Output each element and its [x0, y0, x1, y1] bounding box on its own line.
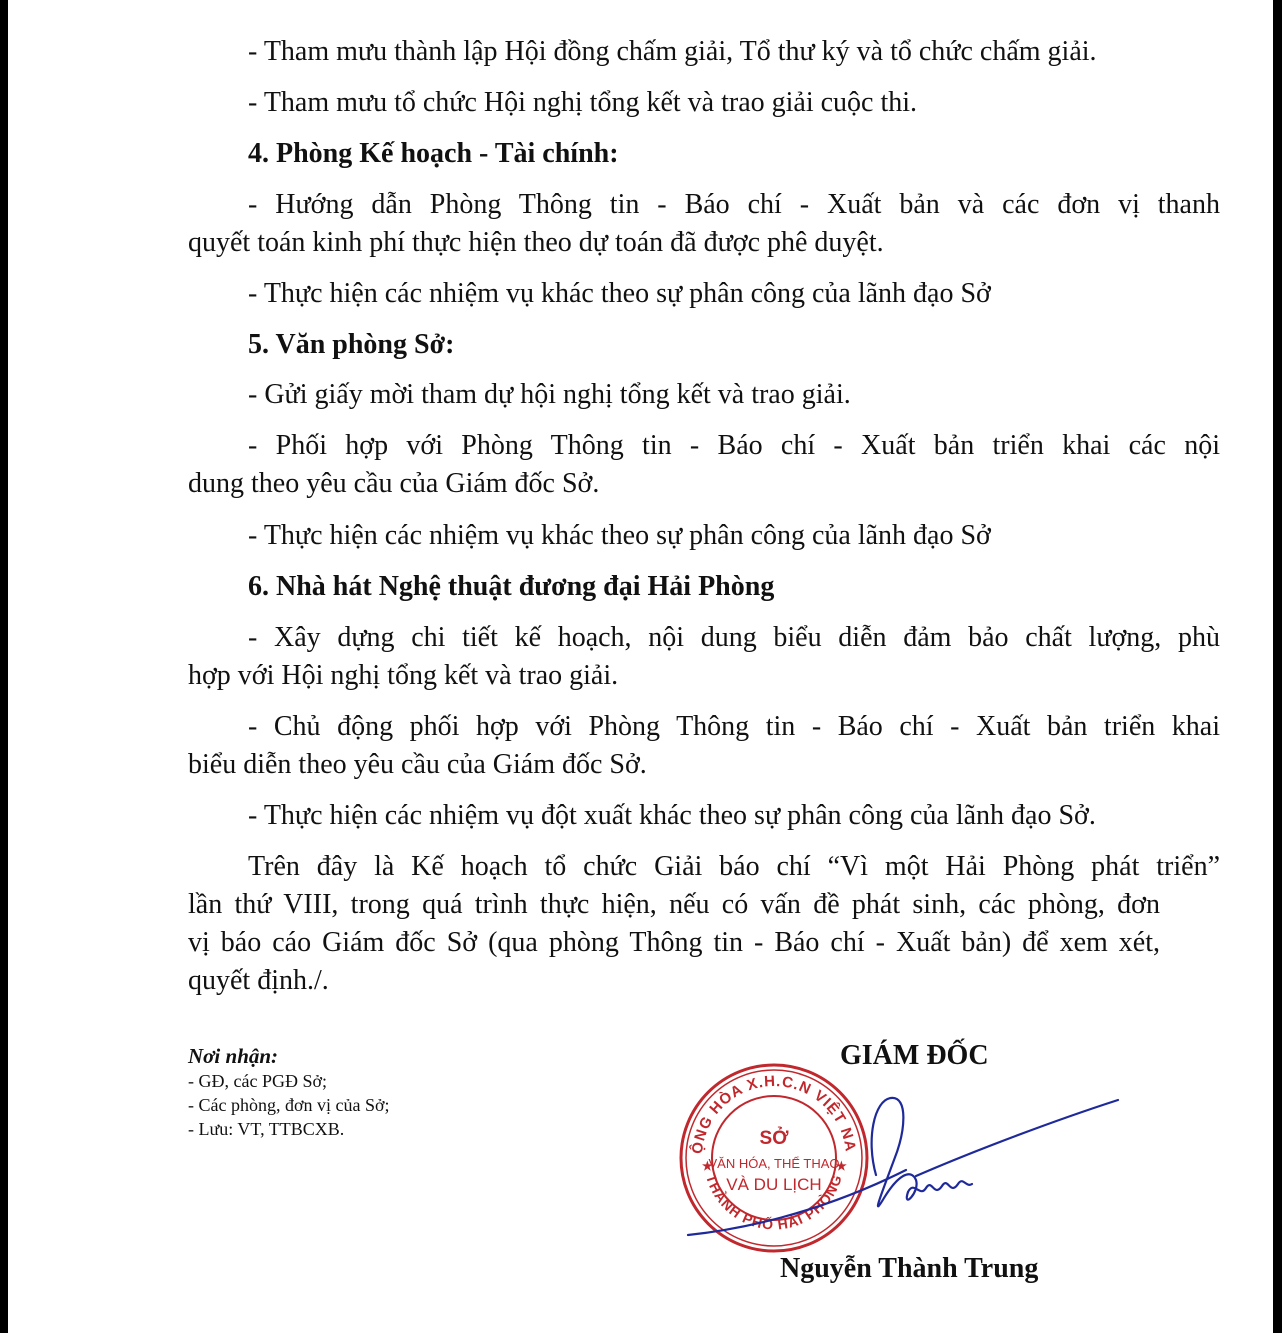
paragraph: - Gửi giấy mời tham dự hội nghị tổng kết… — [188, 376, 1220, 414]
signer-name: Nguyễn Thành Trung — [780, 1253, 1038, 1285]
paragraph-continuation: dung theo yêu cầu của Giám đốc Sở. — [188, 465, 1160, 503]
section-heading: 5. Văn phòng Sở: — [188, 326, 1220, 364]
paragraph: - Tham mưu thành lập Hội đồng chấm giải,… — [188, 33, 1220, 71]
recipient-item: - Các phòng, đơn vị của Sở; — [188, 1093, 390, 1117]
paragraph-continuation: quyết toán kinh phí thực hiện theo dự to… — [188, 224, 1160, 262]
section-heading: 6. Nhà hát Nghệ thuật đương đại Hải Phòn… — [188, 568, 1220, 606]
closing-paragraph-line: quyết định./. — [188, 962, 1160, 1000]
closing-paragraph-line: lần thứ VIII, trong quá trình thực hiện,… — [188, 886, 1160, 924]
recipients-title: Nơi nhận: — [188, 1043, 390, 1069]
document-page: - Tham mưu thành lập Hội đồng chấm giải,… — [8, 0, 1273, 1333]
handwritten-signature — [676, 1080, 1136, 1250]
paragraph: - Thực hiện các nhiệm vụ khác theo sự ph… — [188, 275, 1220, 313]
closing-paragraph-line: vị báo cáo Giám đốc Sở (qua phòng Thông … — [188, 924, 1160, 962]
paragraph: - Xây dựng chi tiết kế hoạch, nội dung b… — [188, 619, 1220, 657]
paragraph: - Tham mưu tổ chức Hội nghị tổng kết và … — [188, 84, 1220, 122]
paragraph: - Thực hiện các nhiệm vụ khác theo sự ph… — [188, 517, 1220, 555]
paragraph: - Phối hợp với Phòng Thông tin - Báo chí… — [188, 427, 1220, 465]
paragraph: - Chủ động phối hợp với Phòng Thông tin … — [188, 708, 1220, 746]
closing-paragraph: Trên đây là Kế hoạch tổ chức Giải báo ch… — [188, 848, 1220, 886]
recipients-block: Nơi nhận: - GĐ, các PGĐ Sở; - Các phòng,… — [188, 1043, 390, 1141]
recipient-item: - Lưu: VT, TTBCXB. — [188, 1117, 390, 1141]
paragraph: - Thực hiện các nhiệm vụ đột xuất khác t… — [188, 797, 1220, 835]
paragraph-continuation: hợp với Hội nghị tổng kết và trao giải. — [188, 657, 1160, 695]
section-heading: 4. Phòng Kế hoạch - Tài chính: — [188, 135, 1220, 173]
recipient-item: - GĐ, các PGĐ Sở; — [188, 1069, 390, 1093]
paragraph-continuation: biểu diễn theo yêu cầu của Giám đốc Sở. — [188, 746, 1160, 784]
paragraph: - Hướng dẫn Phòng Thông tin - Báo chí - … — [188, 186, 1220, 224]
